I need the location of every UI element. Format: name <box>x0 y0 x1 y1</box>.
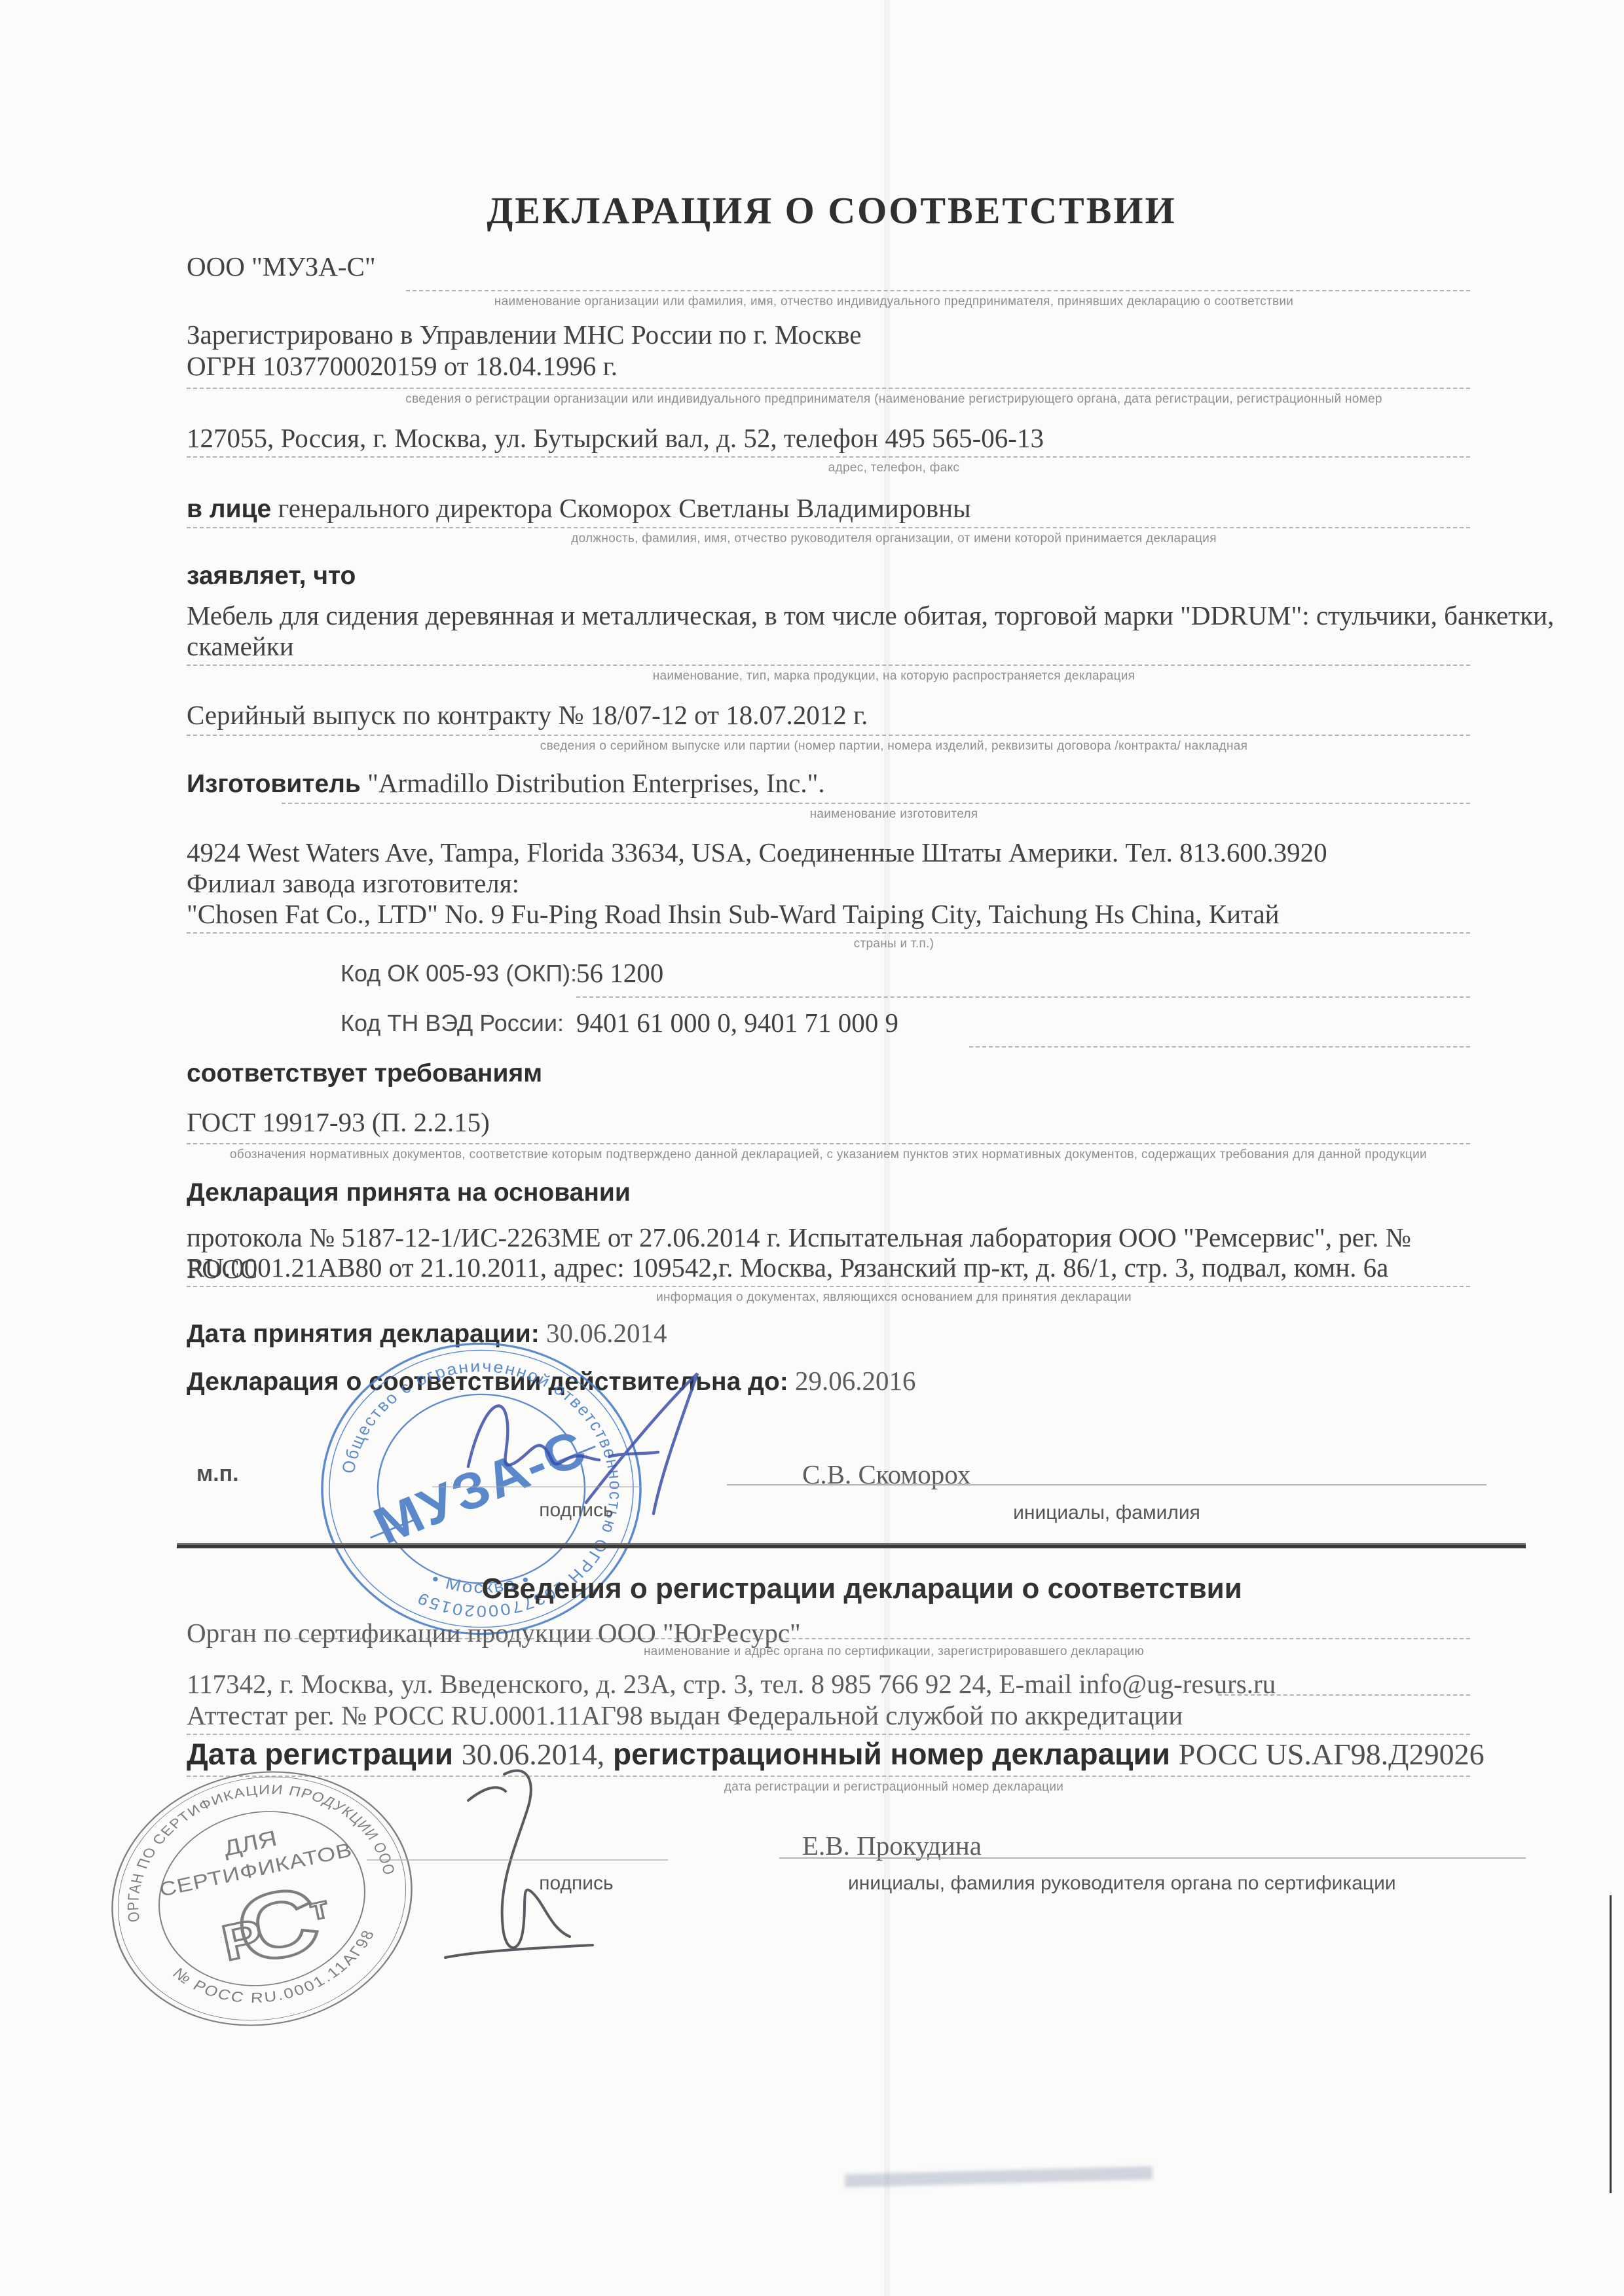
signature-stroke <box>609 1452 658 1457</box>
rule-line <box>576 996 1470 998</box>
signature-stroke <box>586 1374 697 1514</box>
rule-line <box>187 456 1470 458</box>
manufacturer-value: "Armadillo Distribution Enterprises, Inc… <box>361 768 825 798</box>
signature-stroke <box>468 1406 599 1467</box>
rule-line <box>187 1286 1470 1287</box>
manufacturer-caption: наименование изготовителя <box>318 807 1470 822</box>
document-title: ДЕКЛАРАЦИЯ О СООТВЕТСТВИИ <box>0 189 1624 232</box>
branch-value: "Chosen Fat Co., LTD" No. 9 Fu-Ping Road… <box>187 898 1280 930</box>
representative-value: генерального директора Скоморох Светланы… <box>271 493 970 523</box>
manufacturer-label: Изготовитель <box>187 770 361 798</box>
branch-caption: страны и т.п.) <box>318 937 1470 951</box>
signature-caption: подпись <box>458 1499 694 1522</box>
product-line1: Мебель для сидения деревянная и металлич… <box>187 600 1470 631</box>
signature-caption: подпись <box>458 1872 694 1895</box>
registration-header: Сведения о регистрации декларации о соот… <box>338 1573 1386 1605</box>
mp-label: м.п. <box>196 1461 239 1487</box>
meets-label: соответствует требованиям <box>187 1059 542 1088</box>
representative-label: в лице <box>187 495 271 523</box>
rule-line <box>187 527 1470 528</box>
rule-line <box>187 932 1470 934</box>
tnved-label: Код ТН ВЭД России: <box>341 1010 564 1037</box>
registrar-name: Е.В. Прокудина <box>802 1830 982 1861</box>
rule-line <box>282 1638 1470 1639</box>
declarant-registration-line1: Зарегистрировано в Управлении МНС России… <box>187 319 861 350</box>
declaration-document: ДЕКЛАРАЦИЯ О СООТВЕТСТВИИ ООО "МУЗА-С" н… <box>0 0 1624 2296</box>
declares-label: заявляет, что <box>187 562 356 591</box>
serial-caption: сведения о серийном выпуске или партии (… <box>318 739 1470 754</box>
valid-until-value: 29.06.2016 <box>788 1366 916 1396</box>
signer-name-line <box>727 1484 1486 1485</box>
declarant-registration-caption: сведения о регистрации организации или и… <box>318 392 1470 407</box>
signature-stroke <box>468 1787 506 1800</box>
signature-line <box>432 1486 642 1487</box>
standard-caption: обозначения нормативных документов, соот… <box>187 1148 1470 1162</box>
attestate-line: Аттестат рег. № РОСС RU.0001.11АГ98 выда… <box>187 1700 1183 1731</box>
representative-caption: должность, фамилия, имя, отчество руково… <box>318 532 1470 546</box>
product-line2: скамейки <box>187 630 294 662</box>
certification-body-address: 117342, г. Москва, ул. Введенского, д. 2… <box>187 1668 1276 1700</box>
rst-stamp: ОРГАН ПО СЕРТИФИКАЦИИ ПРОДУКЦИИ ООО "ЮГР… <box>81 1738 443 2059</box>
registrar-name-caption: инициалы, фамилия руководителя органа по… <box>848 1872 1568 1895</box>
serial-line: Серийный выпуск по контракту № 18/07-12 … <box>187 699 868 731</box>
okp-value: 56 1200 <box>576 957 663 989</box>
registrar-signature-line <box>367 1859 668 1861</box>
basis-line2: RU.0001.21АВ80 от 21.10.2011, адрес: 109… <box>187 1252 1388 1283</box>
declarant-name: ООО "МУЗА-С" <box>187 251 376 282</box>
declarant-address-caption: адрес, телефон, факс <box>318 461 1470 475</box>
certification-body-caption: наименование и адрес органа по сертифика… <box>318 1645 1470 1659</box>
tnved-value: 9401 61 000 0, 9401 71 000 9 <box>576 1007 898 1038</box>
section-divider <box>177 1545 1526 1548</box>
product-caption: наименование, тип, марка продукции, на к… <box>318 669 1470 683</box>
scan-smudge <box>845 2166 1153 2187</box>
representative-line: в лице генерального директора Скоморох С… <box>187 492 971 524</box>
registration-number-label: регистрационный номер декларации <box>604 1737 1179 1771</box>
rule-line <box>1218 1694 1470 1696</box>
standard-line: ГОСТ 19917-93 (П. 2.2.15) <box>187 1106 490 1138</box>
okp-label: Код ОК 005-93 (ОКП): <box>341 960 577 987</box>
signature-stroke <box>445 1945 593 1958</box>
rule-line <box>969 1046 1470 1048</box>
manufacturer-line: Изготовитель "Armadillo Distribution Ent… <box>187 767 825 799</box>
basis-caption: информация о документах, являющихся осно… <box>318 1290 1470 1305</box>
certification-body: Орган по сертификации продукции ООО "ЮгР… <box>187 1617 801 1649</box>
rule-line <box>187 735 1470 736</box>
registration-number-value: РОСС US.АГ98.Д29026 <box>1179 1738 1485 1771</box>
rule-line <box>187 1143 1470 1144</box>
rule-line <box>282 803 1470 804</box>
rule-line <box>187 665 1470 666</box>
rule-line <box>406 290 1470 291</box>
declarant-address: 127055, Россия, г. Москва, ул. Бутырский… <box>187 422 1044 454</box>
declarant-registration-line2: ОГРН 1037700020159 от 18.04.1996 г. <box>187 350 618 382</box>
scan-edge-line <box>1610 1895 1612 2193</box>
rule-line <box>187 1734 1470 1735</box>
branch-label: Филиал завода изготовителя: <box>187 867 519 899</box>
registrar-name-line <box>779 1857 1526 1859</box>
manufacturer-address: 4924 West Waters Ave, Tampa, Florida 336… <box>187 837 1327 868</box>
declarant-name-caption: наименование организации или фамилия, им… <box>318 295 1470 309</box>
basis-label: Декларация принята на основании <box>187 1178 631 1207</box>
rule-line <box>187 388 1470 389</box>
signer-name-caption: инициалы, фамилия <box>877 1502 1336 1524</box>
